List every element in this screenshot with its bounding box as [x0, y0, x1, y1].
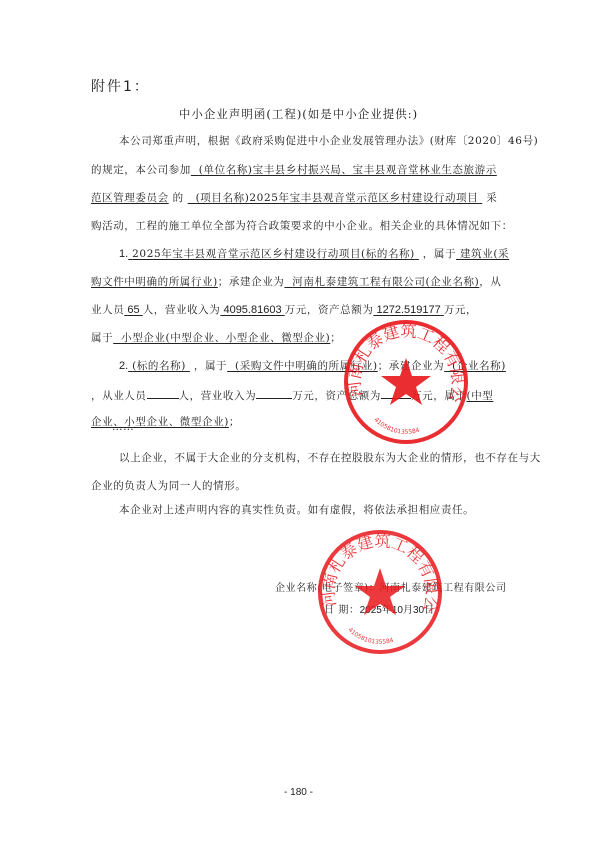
- item1-line-1: 1. 2025年宝丰县观音堂示范区乡村建设行动项目(标的名称) ，属于 建筑业(…: [119, 247, 509, 261]
- label: 人，营业收入为: [143, 304, 221, 316]
- document-page: 附件1： 中小企业声明函(工程)(如是中小企业提供:) 本公司郑重声明，根据《政…: [0, 0, 597, 842]
- label: ，属于: [194, 360, 227, 372]
- label: ；承建企业为: [218, 276, 285, 288]
- label: ，从业人员: [91, 390, 147, 402]
- intro-line-4: 购活动，工程的施工单位全部为符合政策要求的中小企业。相关企业的具体情况如下：: [91, 219, 513, 233]
- label: 人，营业收入为: [179, 390, 257, 402]
- intro-line-3: 范区管理委员会 的 (项目名称)2025年宝丰县观音堂示范区乡村建设行动项目 采: [91, 191, 497, 205]
- label: ，从: [479, 276, 501, 288]
- connector-text: 的: [173, 192, 184, 204]
- item2-employees-blank: [147, 387, 179, 399]
- ellipsis: ……: [112, 420, 134, 434]
- intro-line-2: 的规定，本公司参加 (单位名称)宝丰县乡村振兴局、宝丰县观音堂林业生态旅游示: [91, 163, 497, 177]
- item1-assets: 1272.519177: [373, 304, 443, 316]
- label: 属于: [91, 332, 113, 344]
- item1-subject: 2025年宝丰县观音堂示范区乡村建设行动项目(标的名称): [128, 248, 419, 260]
- label: 万元，: [444, 304, 477, 316]
- label: ，属于: [423, 248, 456, 260]
- project-name: (项目名称)2025年宝丰县观音堂示范区乡村建设行动项目: [188, 192, 483, 204]
- item1-line-4: 属于 小型企业(中型企业、小型企业、微型企业)；: [91, 331, 341, 345]
- item2-subject: (标的名称): [128, 360, 190, 372]
- item2-revenue-blank: [256, 387, 292, 399]
- svg-text:4105810135584: 4105810135584: [347, 626, 395, 645]
- document-title: 中小企业声明函(工程)(如是中小企业提供:): [0, 106, 597, 122]
- item2-index: 2.: [119, 360, 128, 372]
- page-number: - 180 -: [0, 787, 597, 798]
- item1-line-2: 购文件中明确的所属行业)；承建企业为 河南札泰建筑工程有限公司(企业名称)，从: [91, 275, 502, 289]
- item1-contractor: 河南札泰建筑工程有限公司(企业名称): [284, 276, 479, 288]
- item1-type: 小型企业(中型企业、小型企业、微型企业): [113, 332, 330, 344]
- purchaser-name-cont: 范区管理委员会: [91, 192, 169, 204]
- label: 业人员: [91, 304, 124, 316]
- item1-industry: 建筑业(采: [456, 248, 509, 260]
- item1-index: 1.: [119, 248, 128, 260]
- intro-suffix: 采: [486, 192, 497, 204]
- item1-employees: 65: [124, 304, 142, 316]
- intro-line-1: 本公司郑重声明，根据《政府采购促进中小企业发展管理办法》(财库〔2020〕46号…: [119, 134, 538, 148]
- company-seal-stamp-2: 河南札泰建筑工程有限公司 4105810135584: [314, 526, 446, 658]
- intro-prefix: 的规定，本公司参加: [91, 164, 191, 176]
- svg-text:4105810135584: 4105810135584: [373, 416, 421, 435]
- attachment-label: 附件1：: [91, 76, 150, 96]
- statement-line-1: 以上企业，不属于大企业的分支机构，不存在控股股东为大企业的情形，也不存在与大: [119, 451, 541, 465]
- punct: ；: [229, 416, 240, 428]
- item1-line-3: 业人员 65 人，营业收入为 4095.81603 万元，资产总额为 1272.…: [91, 303, 477, 317]
- statement-line-2: 企业的负责人为同一人的情形。: [91, 479, 246, 493]
- statement-line-3: 本企业对上述声明内容的真实性负责。如有虚假，将依法承担相应责任。: [119, 503, 474, 517]
- purchaser-name: (单位名称)宝丰县乡村振兴局、宝丰县观音堂林业生态旅游示: [191, 164, 497, 176]
- label: 万元，资产总额为: [285, 304, 374, 316]
- company-seal-stamp-1: 河南札泰建筑工程有限公司 4105810135584: [340, 316, 472, 448]
- item1-revenue: 4095.81603: [220, 304, 284, 316]
- item1-industry-cont: 购文件中明确的所属行业): [91, 276, 218, 288]
